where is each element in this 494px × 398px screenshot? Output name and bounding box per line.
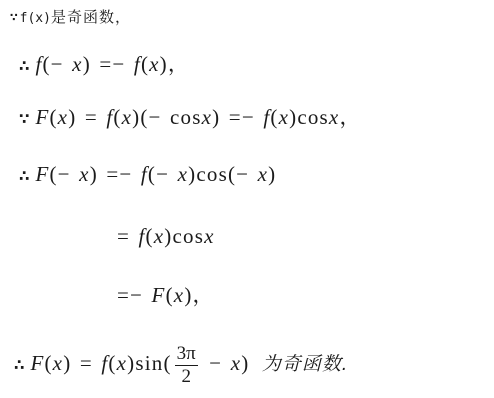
math-text: = bbox=[117, 224, 139, 248]
math-text: ( bbox=[146, 224, 154, 248]
math-text: ) = bbox=[63, 351, 101, 375]
math-text: ) =− bbox=[90, 162, 141, 186]
math-text: ) bbox=[268, 162, 276, 186]
math-text: ( bbox=[108, 351, 116, 375]
math-text: ( bbox=[113, 105, 121, 129]
math-function: sin bbox=[135, 351, 163, 375]
math-variable: x bbox=[231, 351, 242, 375]
because-symbol: ∵ bbox=[10, 11, 18, 24]
proof-line-equals-negative-F: =− F(x)， bbox=[117, 282, 215, 308]
math-text: ( bbox=[270, 105, 278, 129]
math-text: ) = bbox=[68, 105, 106, 129]
math-variable: x bbox=[202, 105, 213, 129]
math-variable: x bbox=[174, 283, 185, 307]
math-variable: x bbox=[154, 224, 165, 248]
math-text: (− bbox=[228, 162, 258, 186]
math-variable: f bbox=[134, 52, 141, 76]
math-text: ( bbox=[163, 351, 171, 375]
math-text: (− bbox=[49, 162, 79, 186]
math-variable: x bbox=[122, 105, 133, 129]
fraction-numerator: 3π bbox=[175, 344, 198, 366]
math-text: ( bbox=[141, 52, 149, 76]
function-notation: f(x) bbox=[20, 11, 51, 26]
math-text: )， bbox=[184, 283, 214, 307]
proof-line-premise-f-odd: ∵f(x)是奇函数， bbox=[10, 8, 131, 28]
math-text: )， bbox=[160, 52, 190, 76]
therefore-symbol: ∴ bbox=[19, 167, 29, 185]
math-variable: x bbox=[79, 162, 90, 186]
math-function: cos bbox=[170, 105, 202, 129]
math-text: ( bbox=[44, 351, 52, 375]
proof-line-F-definition: ∵F(x) = f(x)(− cosx) =− f(x)cosx， bbox=[19, 104, 362, 132]
math-function: cos bbox=[297, 105, 329, 129]
math-text: ) =− bbox=[212, 105, 263, 129]
math-variable: F bbox=[30, 351, 44, 375]
math-text: (− bbox=[148, 162, 178, 186]
math-variable: F bbox=[35, 162, 49, 186]
math-text: ( bbox=[49, 105, 57, 129]
proof-line-conclusion-F-odd: ∴F(x) = f(x)sin(3π2 − x) 为奇函数. bbox=[14, 344, 348, 387]
chinese-text: 是奇函数， bbox=[51, 9, 131, 26]
math-variable: x bbox=[178, 162, 189, 186]
fraction-denominator: 2 bbox=[175, 366, 198, 387]
math-text: )(− bbox=[132, 105, 170, 129]
math-variable: x bbox=[204, 224, 215, 248]
math-variable: F bbox=[152, 283, 166, 307]
math-variable: x bbox=[117, 351, 128, 375]
math-variable: x bbox=[149, 52, 160, 76]
because-symbol: ∵ bbox=[19, 110, 29, 128]
therefore-symbol: ∴ bbox=[14, 356, 24, 374]
math-variable: x bbox=[53, 351, 64, 375]
math-text: =− bbox=[117, 283, 152, 307]
proof-line-deduce-f-negative-x: ∴f(− x) =− f(x)， bbox=[19, 51, 190, 79]
proof-line-equals-fx-cosx: = f(x)cosx bbox=[117, 223, 215, 249]
math-text: ( bbox=[166, 283, 174, 307]
math-variable: x bbox=[72, 52, 83, 76]
math-text: (− bbox=[42, 52, 72, 76]
therefore-symbol: ∴ bbox=[19, 57, 29, 75]
chinese-text: 为奇函数. bbox=[262, 354, 348, 375]
math-function: cos bbox=[172, 224, 204, 248]
math-variable: x bbox=[329, 105, 340, 129]
math-variable: x bbox=[58, 105, 69, 129]
math-proof-page: ∵f(x)是奇函数， ∴f(− x) =− f(x)， ∵F(x) = f(x)… bbox=[0, 0, 494, 398]
math-variable: x bbox=[258, 162, 269, 186]
proof-line-F-negative-x: ∴F(− x) =− f(− x)cos(− x) bbox=[19, 161, 276, 189]
math-text: ) =− bbox=[83, 52, 134, 76]
math-variable: x bbox=[279, 105, 290, 129]
math-variable: F bbox=[35, 105, 49, 129]
fraction: 3π2 bbox=[175, 344, 198, 387]
math-variable: f bbox=[141, 162, 148, 186]
math-variable: f bbox=[139, 224, 146, 248]
math-function: cos bbox=[196, 162, 228, 186]
math-text: ， bbox=[339, 105, 361, 129]
math-text: ) bbox=[241, 351, 258, 375]
math-text: − bbox=[201, 351, 231, 375]
